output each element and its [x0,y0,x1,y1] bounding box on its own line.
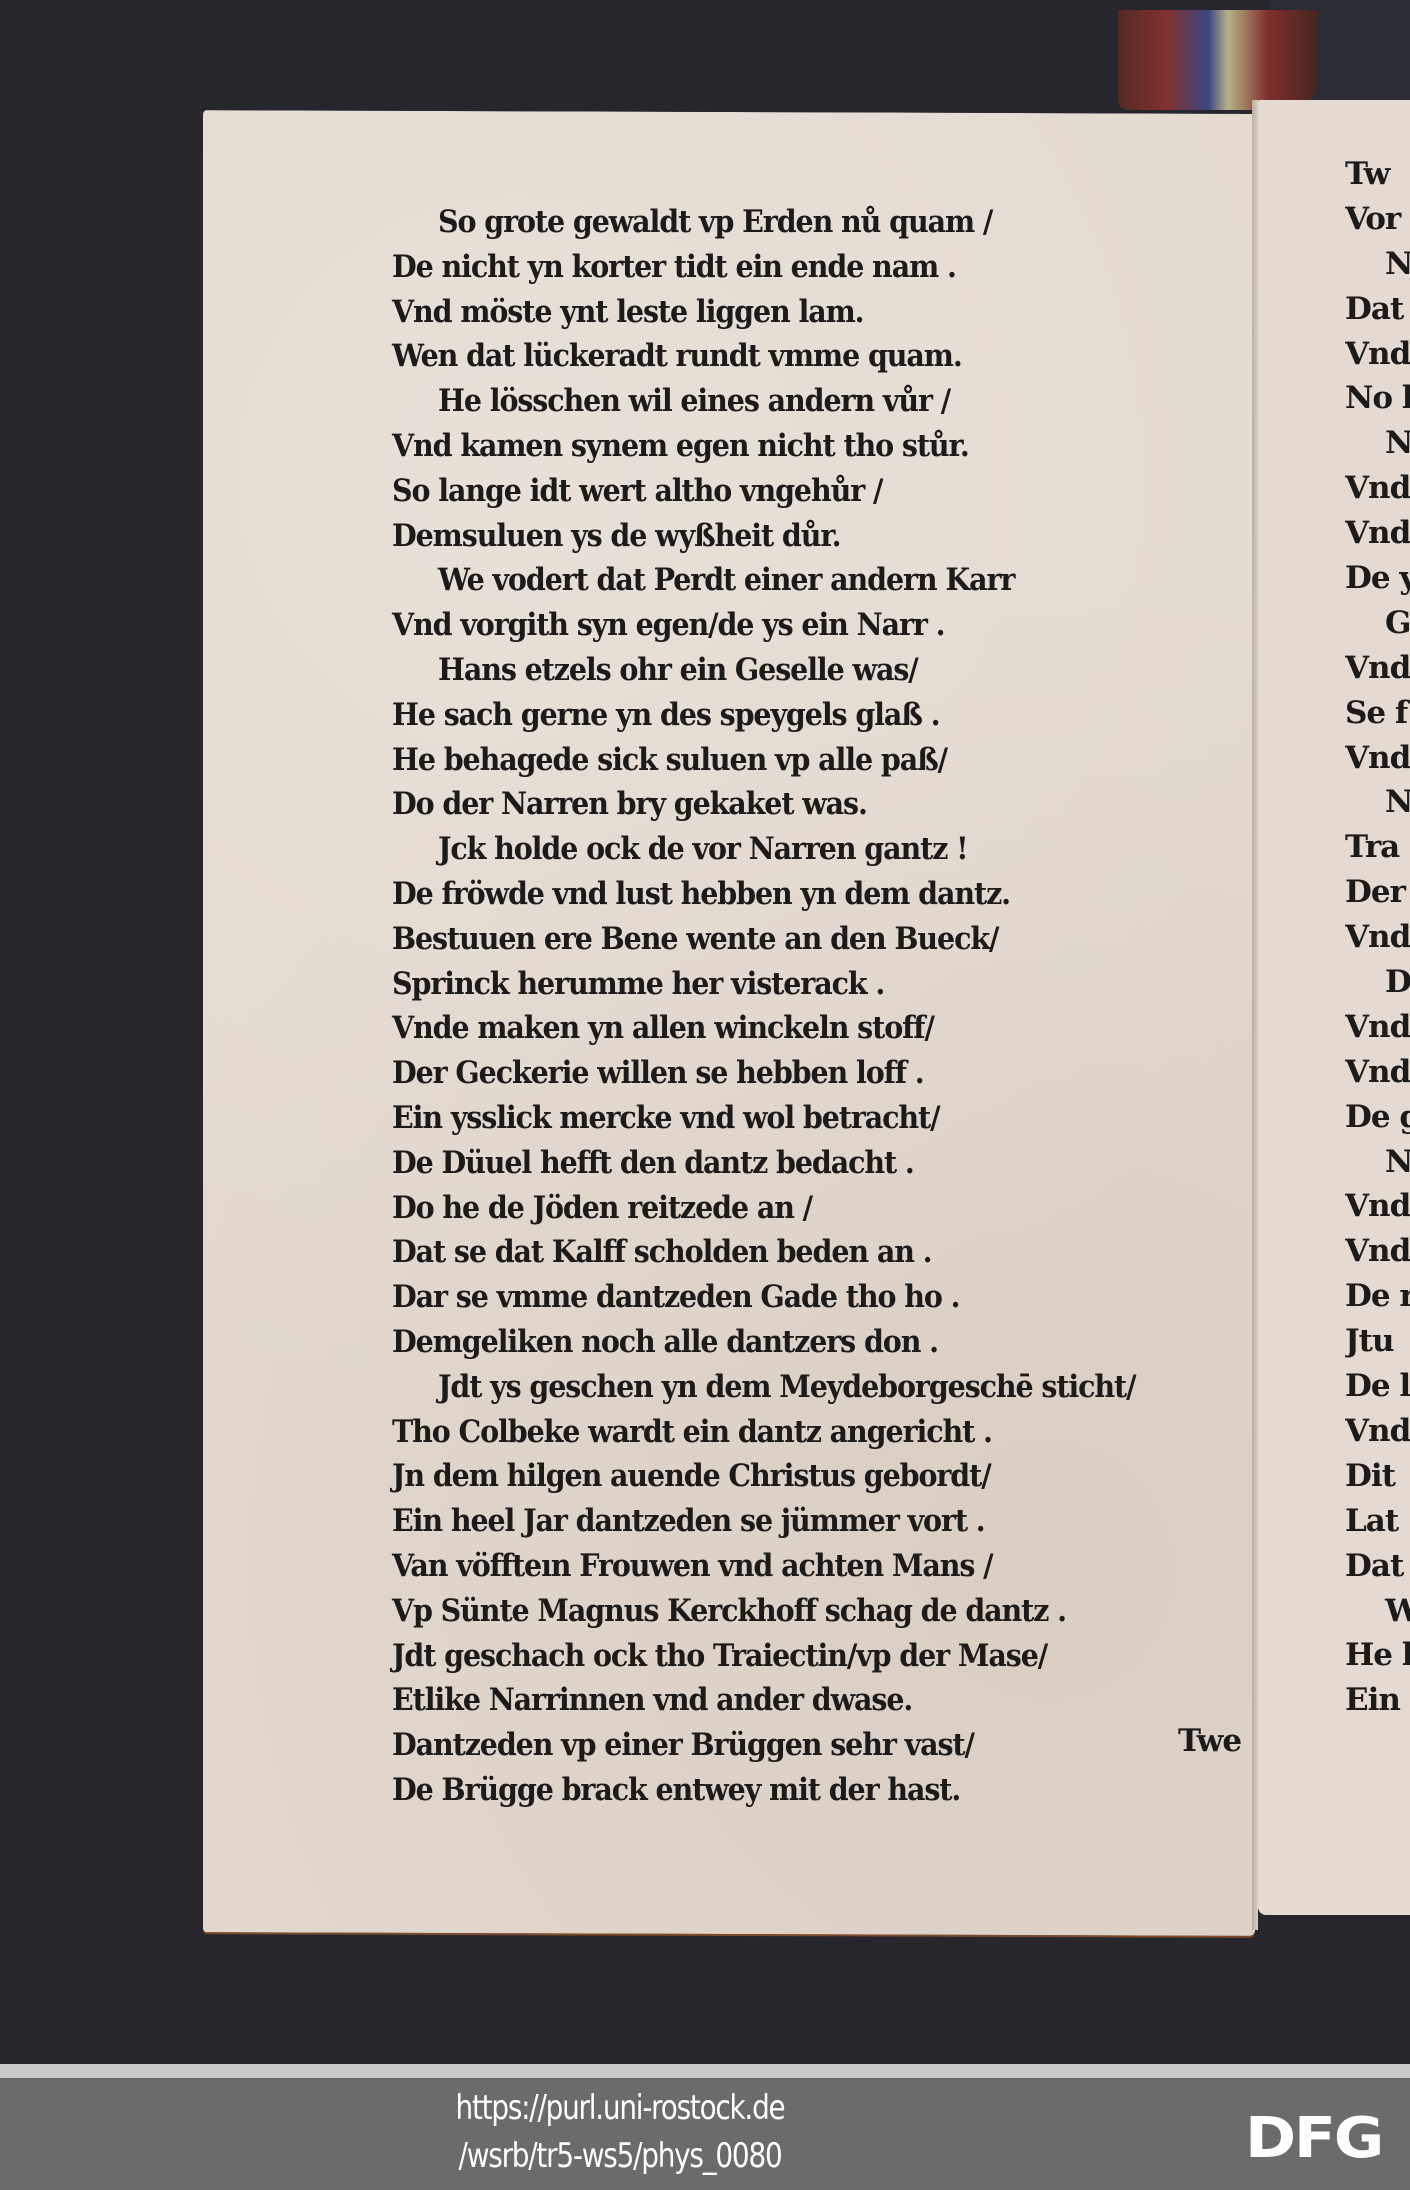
text-line: Der Geckerie willen se hebben loff . [392,1051,1202,1096]
dfg-logo: DFG [1245,2106,1382,2171]
text-line: Vnd kamen synem egen nicht tho stůr. [392,424,1202,469]
text-line-fragment: He l [1345,1633,1410,1678]
text-line: Dantzeden vp einer Brüggen sehr vast/ [392,1723,1202,1768]
text-line: Jn dem hilgen auende Christus gebordt/ [392,1454,1202,1499]
text-line-fragment: Vnd [1345,332,1410,377]
text-line-fragment: De l [1345,1364,1410,1409]
text-line-fragment: Vor [1345,197,1410,242]
text-line: Demsuluen ys de wyßheit důr. [392,514,1202,559]
text-line: Etlike Narrinnen vnd ander dwase. [392,1678,1202,1723]
text-line-fragment: Se f [1345,691,1410,736]
text-line-fragment: W [1345,1589,1410,1634]
text-line: Ein heel Jar dantzeden se jümmer vort . [392,1499,1202,1544]
text-line: Vp Sünte Magnus Kerckhoff schag de dantz… [392,1589,1202,1634]
text-line-fragment: N [1345,780,1410,825]
text-line: Dat se dat Kalff scholden beden an . [392,1230,1202,1275]
text-line-fragment: Vnd [1345,1229,1410,1274]
text-line: Sprinck herumme her visterack . [392,962,1202,1007]
text-line-fragment: De g [1345,1095,1410,1140]
text-line-fragment: Vnd [1345,646,1410,691]
text-line-fragment: N [1345,242,1410,287]
text-line-fragment: Dat [1345,287,1410,332]
text-line-fragment: Ein [1345,1678,1410,1723]
permalink[interactable]: https://purl.uni-rostock.de /wsrb/tr5-ws… [431,2084,808,2180]
text-line: Jck holde ock de vor Narren gantz ! [392,827,1202,872]
right-page-text: TwVorNDatVndNo lNVndVndDe yGVndSe fVndNT… [1345,152,1410,1723]
text-line: Do der Narren bry gekaket was. [392,782,1202,827]
permalink-line-1: https://purl.uni-rostock.de [431,2084,808,2132]
book-binding-edge [1118,10,1318,110]
text-line: Tho Colbeke wardt ein dantz angericht . [392,1410,1202,1455]
text-line-fragment: Dat [1345,1544,1410,1589]
footer-bar: https://purl.uni-rostock.de /wsrb/tr5-ws… [0,2078,1410,2190]
text-line-fragment: Vnd [1345,1050,1410,1095]
text-line: Ein ysslick mercke vnd wol betracht/ [392,1096,1202,1141]
text-line-fragment: N [1345,1140,1410,1185]
text-line: Vnd möste ynt leste liggen lam. [392,290,1202,335]
permalink-line-2: /wsrb/tr5-ws5/phys_0080 [431,2132,808,2180]
text-line: Bestuuen ere Bene wente an den Bueck/ [392,917,1202,962]
left-page-text: So grote gewaldt vp Erden nů quam /De ni… [392,200,1272,1813]
text-line: De Düuel hefft den dantz bedacht . [392,1141,1202,1186]
text-line-fragment: Vnd [1345,511,1410,556]
text-line: De nicht yn korter tidt ein ende nam . [392,245,1202,290]
text-line-fragment: Vnd [1345,1005,1410,1050]
text-line: Vnde maken yn allen winckeln stoff/ [392,1006,1202,1051]
text-line-fragment: G [1345,601,1410,646]
text-line-fragment: Tra [1345,825,1410,870]
text-line-fragment: Tw [1345,152,1410,197]
text-line-fragment: De r [1345,1274,1410,1319]
text-line: Demgeliken noch alle dantzers don . [392,1320,1202,1365]
text-line: Wen dat lückeradt rundt vmme quam. [392,334,1202,379]
text-line: So lange idt wert altho vngehůr / [392,469,1202,514]
text-line-fragment: Der [1345,870,1410,915]
text-line: He sach gerne yn des speygels glaß . [392,693,1202,738]
text-line-fragment: Vnd [1345,736,1410,781]
text-line: Jdt ys geschen yn dem Meydeborgeschē sti… [392,1365,1202,1410]
text-line-fragment: Lat [1345,1499,1410,1544]
text-line: De Brügge brack entwey mit der hast. [392,1768,1202,1813]
text-line: Dar se vmme dantzeden Gade tho ho . [392,1275,1202,1320]
text-line: Vnd vorgith syn egen/de ys ein Narr . [392,603,1202,648]
text-line: Do he de Jöden reitzede an / [392,1186,1202,1231]
text-line-fragment: Dit [1345,1454,1410,1499]
text-line-fragment: No l [1345,376,1410,421]
text-line-fragment: De y [1345,556,1410,601]
text-line-fragment: Vnd [1345,1184,1410,1229]
text-line: So grote gewaldt vp Erden nů quam / [392,200,1202,245]
text-line-fragment: Vnd [1345,1409,1410,1454]
text-line-fragment: Jtu [1345,1319,1410,1364]
text-line: We vodert dat Perdt einer andern Karr [392,558,1202,603]
text-line: He behagede sick suluen vp alle paß/ [392,738,1202,783]
footer-divider [0,2064,1410,2078]
text-line: Jdt geschach ock tho Traiectin/vp der Ma… [392,1634,1202,1679]
catchword: Twe [1178,1723,1241,1759]
text-line: He lösschen wil eines andern vůr / [392,379,1202,424]
text-line-fragment: N [1345,421,1410,466]
scan-image: So grote gewaldt vp Erden nů quam /De ni… [0,0,1410,2064]
text-line: De fröwde vnd lust hebben yn dem dantz. [392,872,1202,917]
text-line: Hans etzels ohr ein Geselle was/ [392,648,1202,693]
text-line-fragment: D [1345,960,1410,1005]
text-line: Van vöffteın Frouwen vnd achten Mans / [392,1544,1202,1589]
text-line-fragment: Vnd [1345,466,1410,511]
text-line-fragment: Vnd [1345,915,1410,960]
